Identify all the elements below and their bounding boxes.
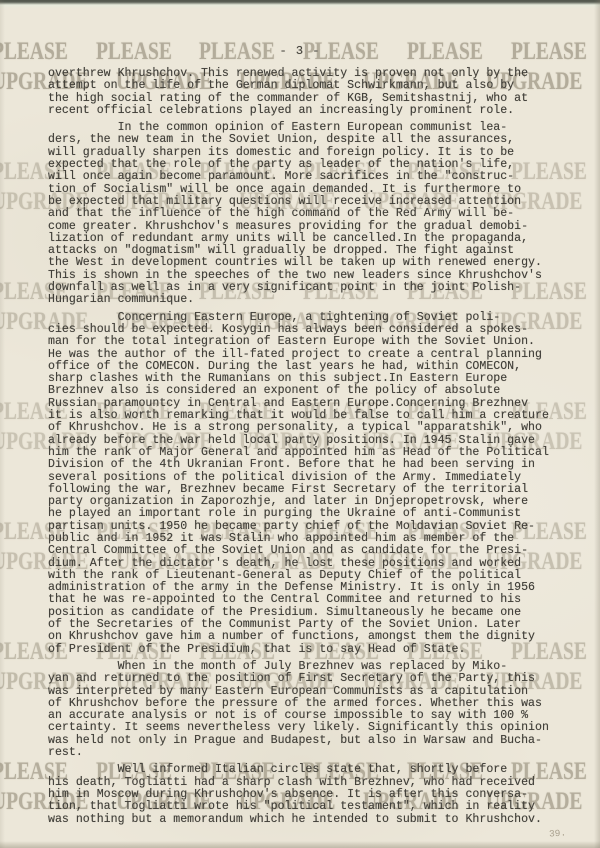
paragraph-eastern-european-opinion: In the common opinion of Eastern Europea… [48, 122, 549, 306]
pencil-page-annotation: 39. [549, 827, 567, 839]
scan-edge-top [0, 0, 600, 9]
paragraph-concerning-eastern-europe: Concerning Eastern Europe, a tightening … [48, 312, 549, 656]
paragraph-brezhnev-replaced-by-mikoyan: When in the month of July Brezhnev was r… [48, 661, 549, 759]
document-page: PLEASEPLEASEPLEASEPLEASEPLEASEPLEASEUPGR… [0, 0, 600, 848]
scan-edge-left [0, 0, 5, 848]
scan-edge-bottom [0, 841, 600, 848]
scan-edge-right [594, 0, 600, 848]
paragraph-togliatti-clash: Well informed Italian circles state that… [48, 764, 549, 825]
page-number: - 3 - [0, 44, 600, 58]
paragraph-khrushchov-overthrow: overthrew Khrushchov. This renewed activ… [48, 68, 549, 117]
document-text: overthrew Khrushchov. This renewed activ… [48, 68, 549, 831]
